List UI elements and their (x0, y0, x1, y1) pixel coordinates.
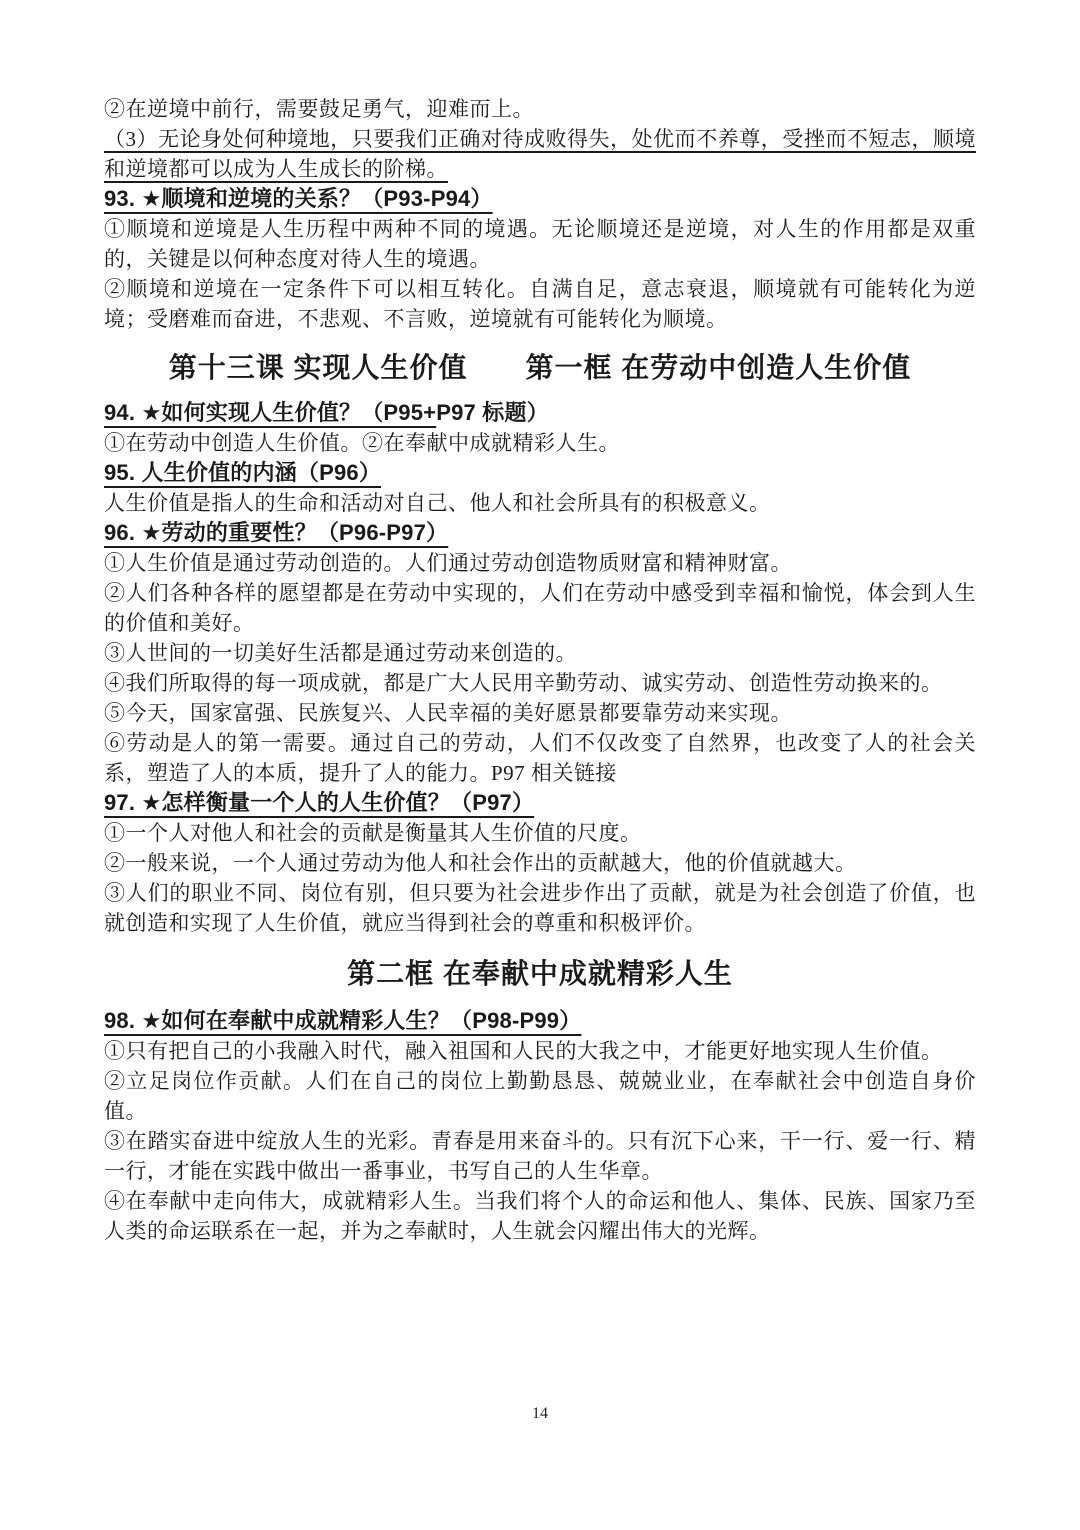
paragraph-96-answer-3: ③人世间的一切美好生活都是通过劳动来创造的。 (104, 638, 976, 668)
question-96-heading: 96. ★劳动的重要性？（P96-P97） (104, 518, 976, 548)
question-95-underlined-text: 95. 人生价值的内涵（P96） (104, 460, 381, 485)
frame-1-title: 第一框 在劳动中创造人生价值 (526, 348, 912, 388)
section-heading-frame-2: 第二框 在奉献中成就精彩人生 (104, 954, 976, 994)
question-96-underlined-text: 96. ★劳动的重要性？（P96-P97） (104, 520, 448, 545)
paragraph-97-answer-1: ①一个人对他人和社会的贡献是衡量其人生价值的尺度。 (104, 818, 976, 848)
lesson-13-title: 第十三课 实现人生价值 (169, 348, 468, 388)
question-98-heading: 98. ★如何在奉献中成就精彩人生？（P98-P99） (104, 1006, 976, 1036)
paragraph-93-answer-1: ①顺境和逆境是人生历程中两种不同的境遇。无论顺境还是逆境，对人生的作用都是双重的… (104, 214, 976, 274)
question-97-underlined-text: 97. ★怎样衡量一个人的人生价值？（P97） (104, 790, 534, 815)
paragraph-adversity-point2: ②在逆境中前行，需要鼓足勇气，迎难而上。 (104, 94, 976, 124)
paragraph-98-answer-2: ②立足岗位作贡献。人们在自己的岗位上勤勤恳恳、兢兢业业，在奉献社会中创造自身价值… (104, 1066, 976, 1126)
question-97-heading: 97. ★怎样衡量一个人的人生价值？（P97） (104, 788, 976, 818)
question-93-underlined-text: 93. ★顺境和逆境的关系？（P93-P94） (104, 186, 493, 211)
question-94-underlined-text: 94. ★如何实现人生价值？（P95+ (104, 400, 436, 425)
page-number: 14 (0, 1405, 1080, 1423)
paragraph-98-answer-4: ④在奉献中走向伟大，成就精彩人生。当我们将个人的命运和他人、集体、民族、国家乃至… (104, 1186, 976, 1246)
document-page: ②在逆境中前行，需要鼓足勇气，迎难而上。 （3）无论身处何种境地，只要我们正确对… (0, 0, 1080, 1530)
paragraph-point3-underlined: （3）无论身处何种境地，只要我们正确对待成败得失，处优而不养尊，受挫而不短志，顺… (104, 124, 976, 184)
paragraph-97-answer-2: ②一般来说，一个人通过劳动为他人和社会作出的贡献越大，他的价值就越大。 (104, 848, 976, 878)
paragraph-96-answer-1: ①人生价值是通过劳动创造的。人们通过劳动创造物质财富和精神财富。 (104, 548, 976, 578)
question-94-heading: 94. ★如何实现人生价值？（P95+P97 标题） (104, 398, 976, 428)
paragraph-94-answer: ①在劳动中创造人生价值。②在奉献中成就精彩人生。 (104, 428, 976, 458)
frame-2-title: 第二框 在奉献中成就精彩人生 (347, 954, 733, 994)
paragraph-96-answer-5: ⑤今天，国家富强、民族复兴、人民幸福的美好愿景都要靠劳动来实现。 (104, 698, 976, 728)
question-93-heading: 93. ★顺境和逆境的关系？（P93-P94） (104, 184, 976, 214)
paragraph-97-answer-3: ③人们的职业不同、岗位有别，但只要为社会进步作出了贡献，就是为社会创造了价值，也… (104, 878, 976, 938)
section-heading-lesson-13: 第十三课 实现人生价值第一框 在劳动中创造人生价值 (104, 348, 976, 388)
paragraph-96-answer-6: ⑥劳动是人的第一需要。通过自己的劳动，人们不仅改变了自然界，也改变了人的社会关系… (104, 728, 976, 788)
paragraph-98-answer-1: ①只有把自己的小我融入时代，融入祖国和人民的大我之中，才能更好地实现人生价值。 (104, 1036, 976, 1066)
paragraph-95-answer: 人生价值是指人的生命和活动对自己、他人和社会所具有的积极意义。 (104, 488, 976, 518)
paragraph-96-answer-4: ④我们所取得的每一项成就，都是广大人民用辛勤劳动、诚实劳动、创造性劳动换来的。 (104, 668, 976, 698)
paragraph-93-answer-2: ②顺境和逆境在一定条件下可以相互转化。自满自足，意志衰退，顺境就有可能转化为逆境… (104, 274, 976, 334)
paragraph-98-answer-3: ③在踏实奋进中绽放人生的光彩。青春是用来奋斗的。只有沉下心来，干一行、爱一行、精… (104, 1126, 976, 1186)
question-95-heading: 95. 人生价值的内涵（P96） (104, 458, 976, 488)
paragraph-96-answer-2: ②人们各种各样的愿望都是在劳动中实现的，人们在劳动中感受到幸福和愉悦，体会到人生… (104, 578, 976, 638)
question-94-suffix: P97 标题） (436, 400, 549, 425)
document-content: ②在逆境中前行，需要鼓足勇气，迎难而上。 （3）无论身处何种境地，只要我们正确对… (104, 94, 976, 1246)
question-98-underlined-text: 98. ★如何在奉献中成就精彩人生？（P98-P99） (104, 1008, 581, 1033)
